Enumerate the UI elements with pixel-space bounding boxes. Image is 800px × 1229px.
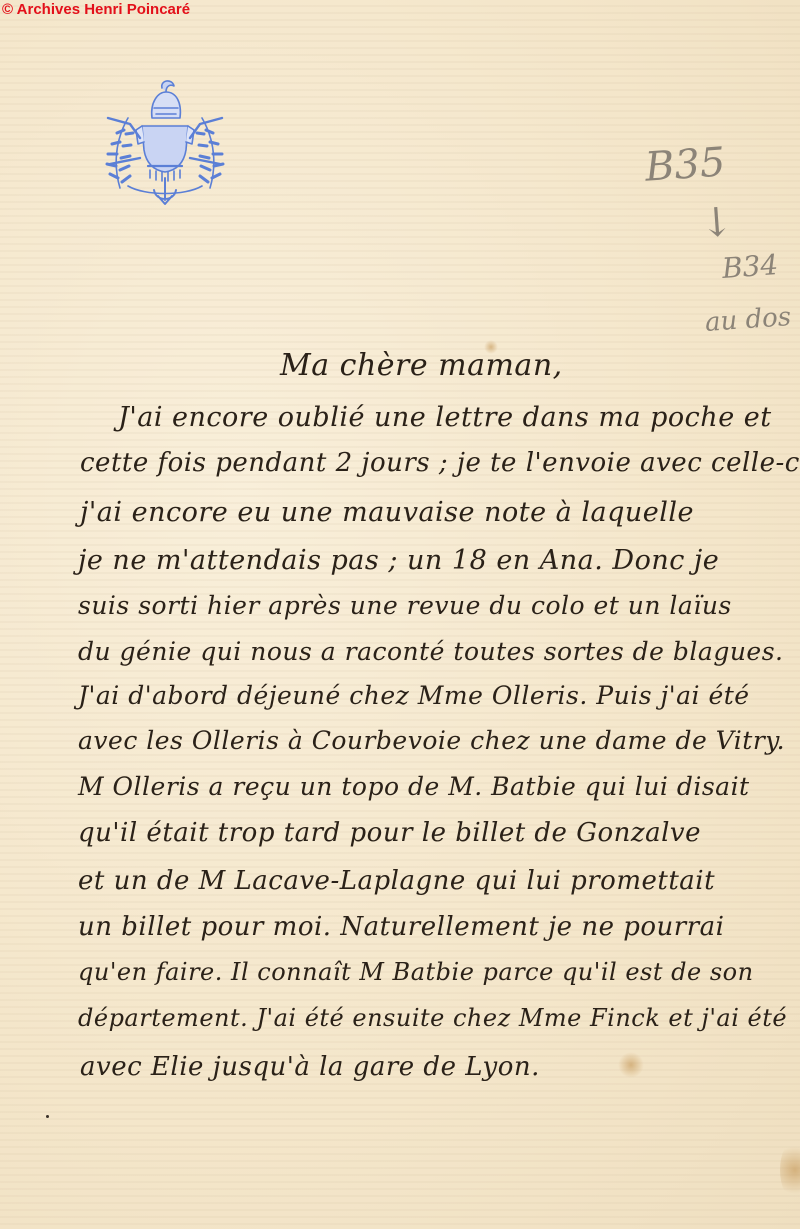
paper-stain: [484, 340, 498, 354]
letter-line: suis sorti hier après une revue du colo …: [78, 591, 732, 620]
letter-line: qu'en faire. Il connaît M Batbie parce q…: [78, 958, 754, 986]
letter-line: département. J'ai été ensuite chez Mme F…: [78, 1004, 787, 1032]
letter-salutation: Ma chère maman,: [280, 348, 563, 383]
letter-line: et un de M Lacave-Laplagne qui lui prome…: [78, 866, 715, 896]
letter-line: J'ai encore oublié une lettre dans ma po…: [118, 402, 772, 433]
letter-line: je ne m'attendais pas ; un 18 en Ana. Do…: [78, 545, 719, 576]
letter-line: avec Elie jusqu'à la gare de Lyon.: [80, 1052, 540, 1082]
ink-speck: [46, 1115, 49, 1118]
letter-line: j'ai encore eu une mauvaise note à laque…: [80, 497, 694, 528]
letter-line: cette fois pendant 2 jours ; je te l'env…: [80, 448, 800, 478]
letter-line: qu'il était trop tard pour le billet de …: [78, 818, 701, 848]
letter-line: du génie qui nous a raconté toutes sorte…: [78, 637, 784, 666]
letter-line: J'ai d'abord déjeuné chez Mme Olleris. P…: [78, 681, 750, 710]
letter-line: M Olleris a reçu un topo de M. Batbie qu…: [78, 772, 750, 801]
letter-line: un billet pour moi. Naturellement je ne …: [78, 912, 724, 942]
letter-line: avec les Olleris à Courbevoie chez une d…: [78, 726, 785, 755]
paper-stain: [618, 1052, 644, 1078]
letter-body: Ma chère maman, J'ai encore oublié une l…: [0, 0, 800, 1229]
